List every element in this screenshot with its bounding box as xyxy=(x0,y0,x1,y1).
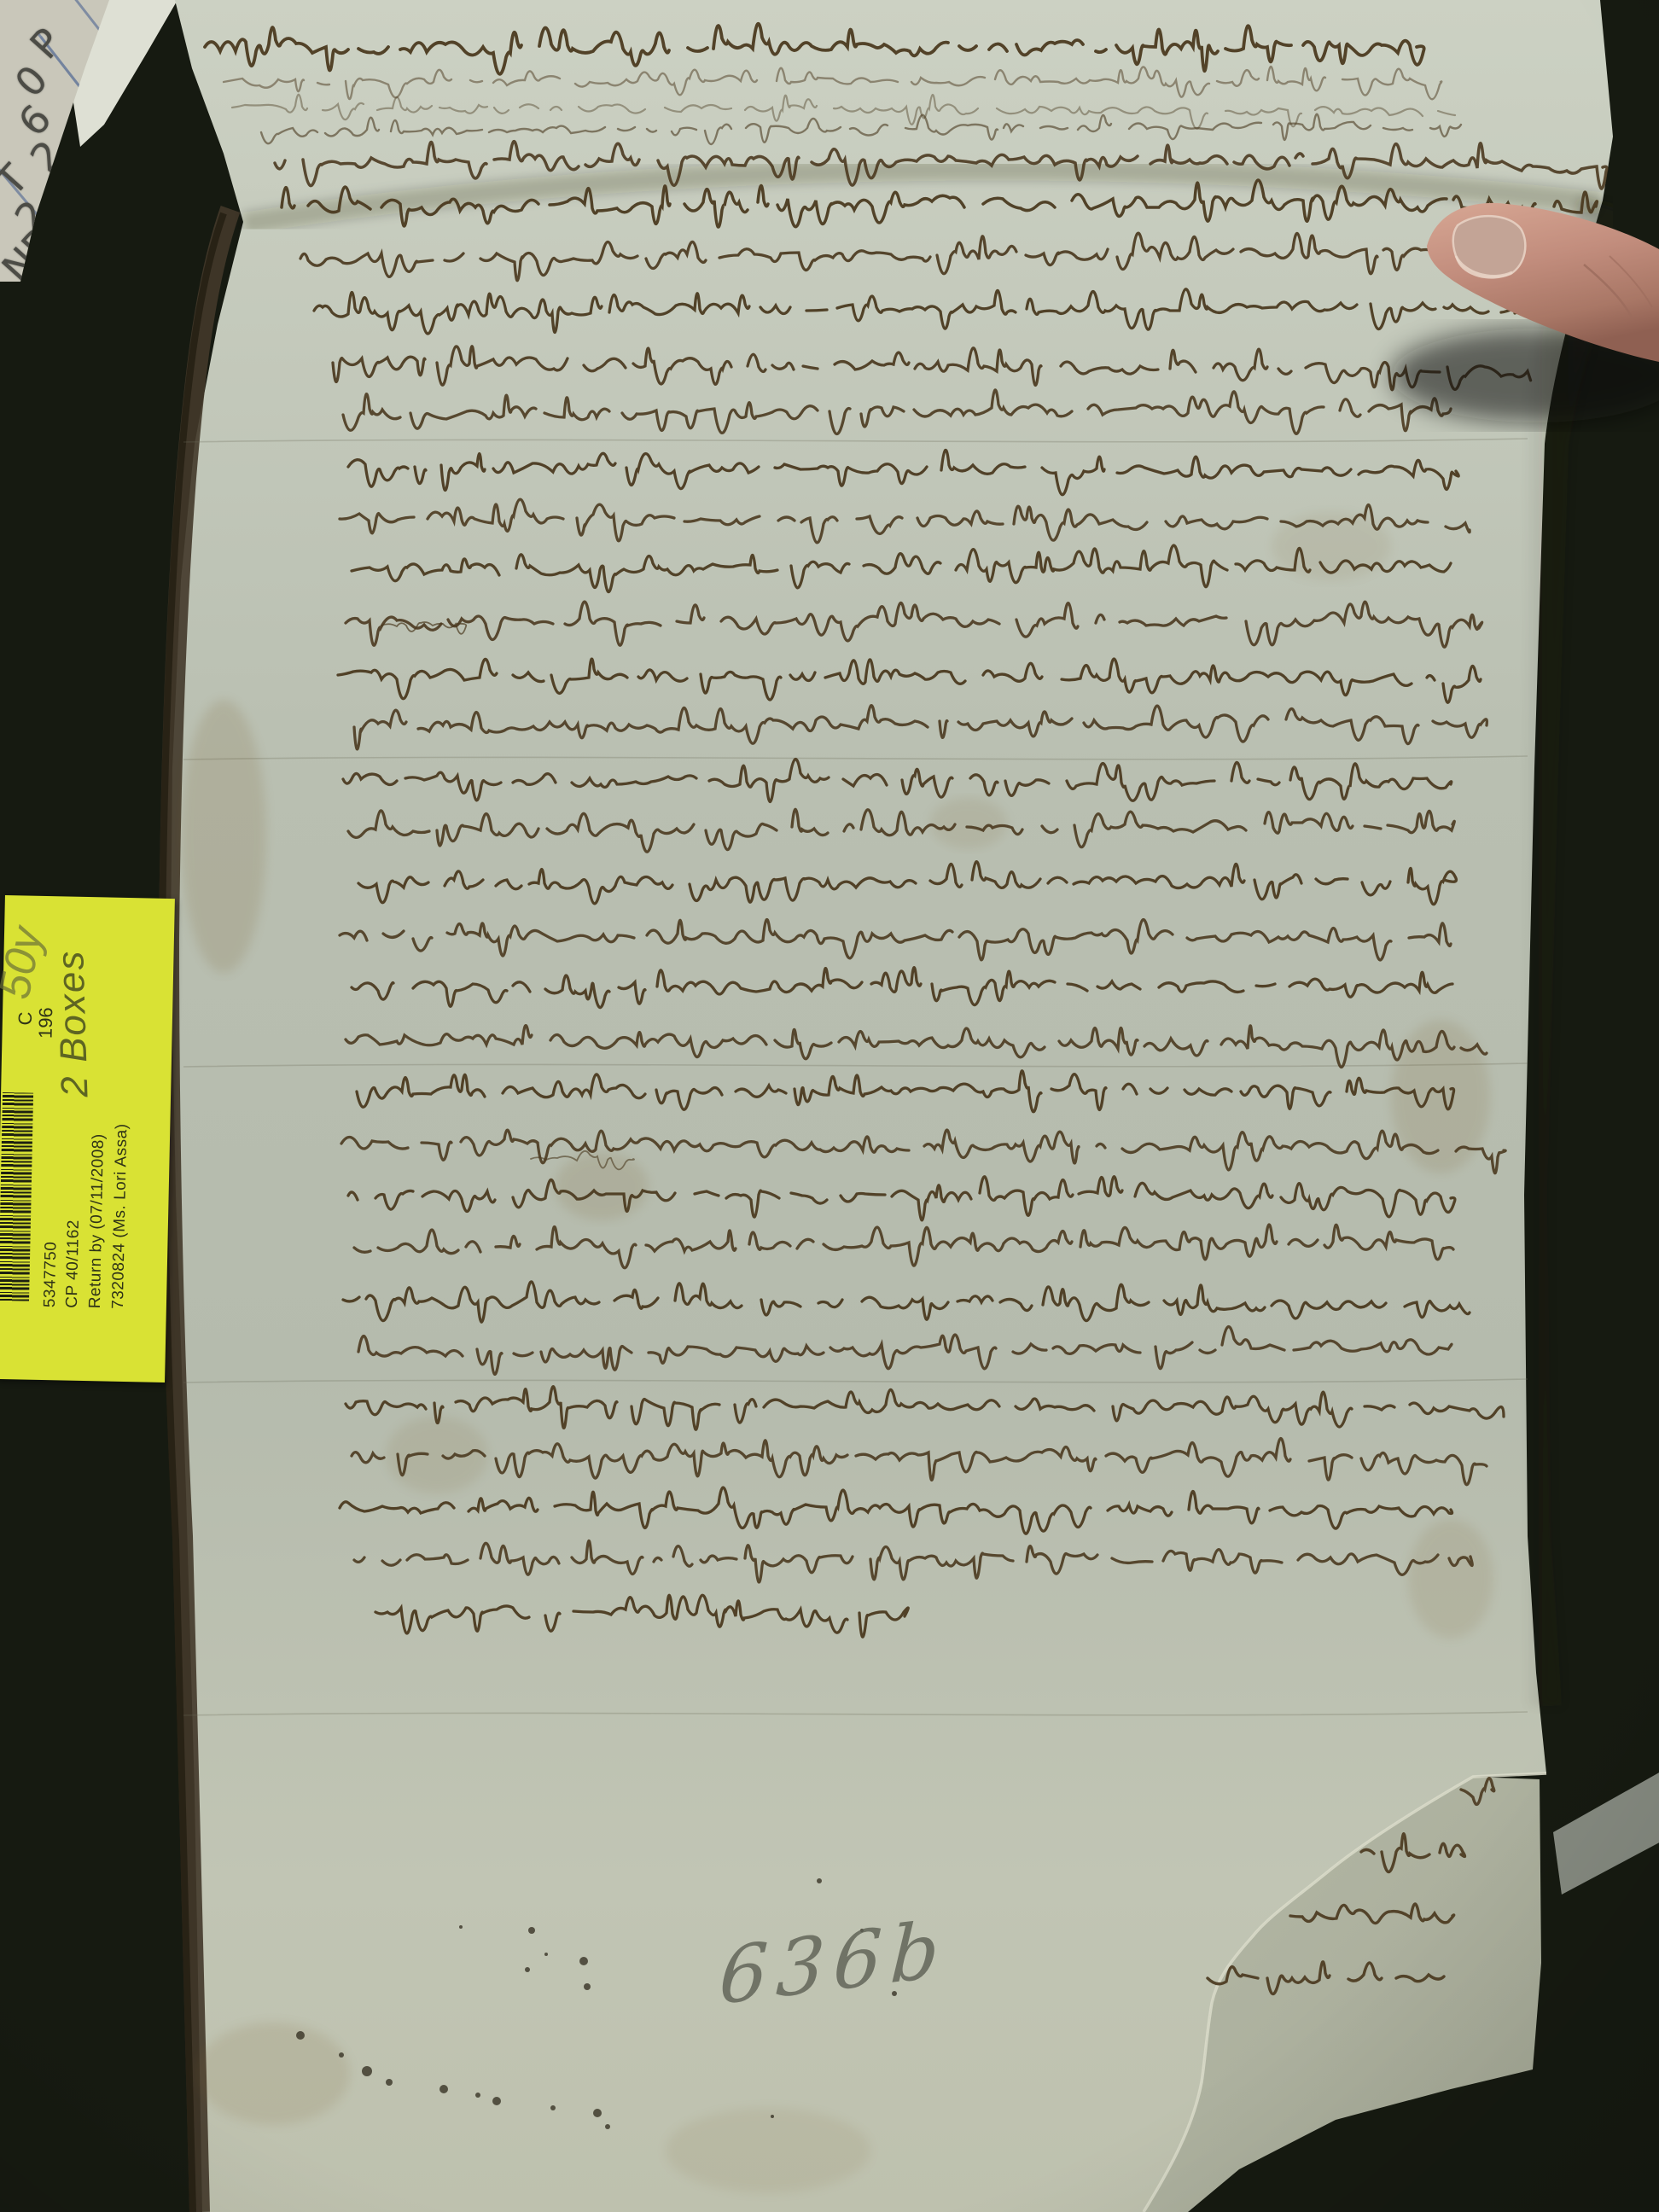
ink-speck xyxy=(584,1983,591,1990)
ink-speck xyxy=(544,1953,548,1956)
ink-speck xyxy=(386,2079,393,2086)
barcode xyxy=(0,1092,33,1301)
sticky-note-content: 50y C 196 2 Boxes 5347750 CP 40/1162 Ret… xyxy=(0,895,175,1382)
ink-speck xyxy=(528,1927,535,1934)
ink-speck xyxy=(296,2031,305,2040)
ink-speck xyxy=(579,1957,588,1965)
ink-speck xyxy=(339,2052,344,2058)
ink-speck xyxy=(525,1967,530,1972)
class-letter: C xyxy=(15,1011,37,1025)
ink-speck xyxy=(362,2066,372,2076)
pencil-scribble: 50y xyxy=(0,923,53,1004)
ink-speck xyxy=(593,2109,602,2117)
stain xyxy=(555,1152,649,1220)
ink-speck xyxy=(771,2115,774,2118)
note-document-reference: CP 40/1162 xyxy=(63,1220,84,1308)
stain xyxy=(666,2108,870,2193)
note-order-number: 7320824 (Ms. Lori Assa) xyxy=(109,1123,132,1309)
ink-speck xyxy=(605,2124,610,2129)
ink-speck xyxy=(475,2093,480,2098)
handwritten-box-count: 2 Boxes xyxy=(49,949,96,1097)
stain xyxy=(386,1417,488,1493)
stain xyxy=(930,798,1007,849)
thumb-nail xyxy=(1453,216,1526,277)
sticky-note: 50y C 196 2 Boxes 5347750 CP 40/1162 Ret… xyxy=(0,895,175,1382)
parchment-right-shade xyxy=(1522,205,1604,1707)
note-return-by: Return by (07/11/2008) xyxy=(86,1133,108,1308)
ink-speck xyxy=(817,1878,822,1883)
photo-stage: P 0 6 2 T 2 ND xyxy=(0,0,1659,2212)
ink-speck xyxy=(459,1925,463,1929)
ink-speck xyxy=(550,2105,556,2110)
note-accession-number: 5347750 xyxy=(41,1242,61,1308)
parchment-photo xyxy=(0,0,1659,2212)
ink-speck xyxy=(492,2097,501,2105)
stain xyxy=(1408,1519,1493,1639)
stain xyxy=(196,2023,350,2125)
ink-speck xyxy=(439,2085,448,2093)
stain xyxy=(181,700,266,973)
